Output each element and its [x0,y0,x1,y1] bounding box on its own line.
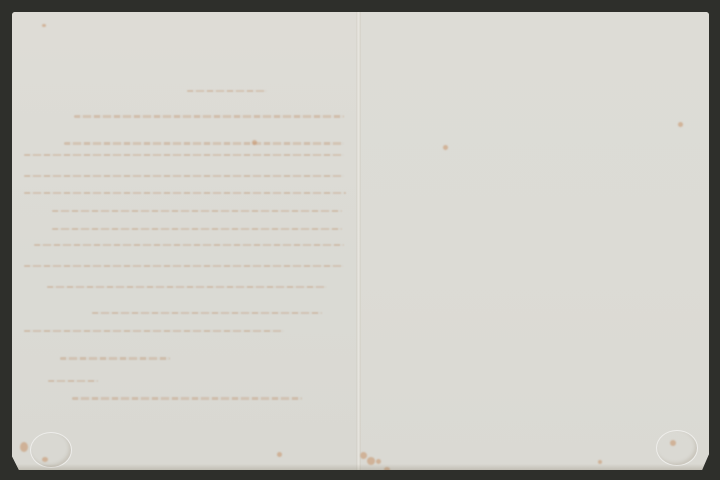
foxing-stain [20,442,28,452]
foxing-stain [42,24,46,27]
foxing-stain [443,145,448,150]
paper-bottom-edge [12,464,709,470]
bleed-through-line [34,244,344,246]
bleed-through-line [24,175,344,177]
bleed-through-line [92,312,322,314]
seal-impression [30,432,72,468]
bleed-through-line [24,265,344,267]
bleed-through-signature [72,397,302,400]
foxing-stain [360,452,367,459]
bleed-through-line [52,228,342,230]
foxing-stain [678,122,683,127]
left-page [12,12,358,470]
bleed-through-line [74,115,344,118]
foxing-stain [42,457,48,462]
document-scan [0,0,720,480]
bleed-through-line [24,330,284,332]
bleed-through-signature [48,380,98,382]
right-page [358,12,709,470]
bleed-through-line [24,192,346,194]
bleed-through-line [47,286,327,288]
seal-impression [656,430,698,466]
bleed-through-signature [60,357,170,360]
bleed-through-line [52,210,342,212]
bleed-through-line [64,142,344,145]
foxing-stain [277,452,282,457]
bleed-through-line [24,154,344,156]
foxing-stain [252,140,257,145]
bleed-through-heading [187,90,267,92]
letter-sheet [12,12,709,470]
center-fold [356,12,361,470]
